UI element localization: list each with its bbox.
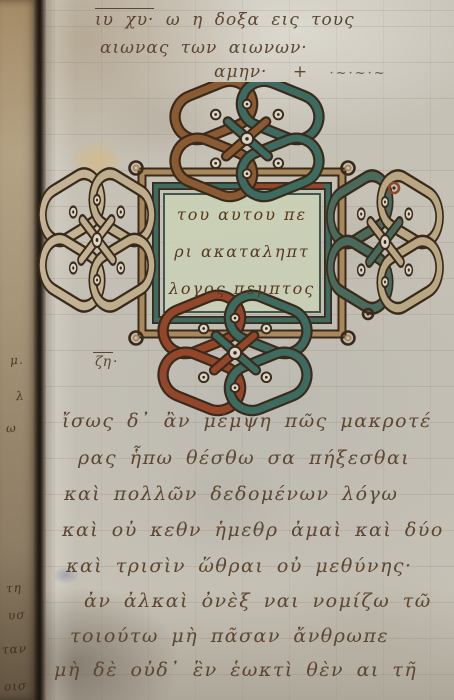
body-line-4: καὶ οὐ κεθν ἡμεθρ ἀμαὶ καὶ δύο: [62, 519, 444, 541]
amen-text: αμην·: [214, 62, 267, 82]
margin-note: ζη·: [93, 352, 117, 370]
facing-page-text-fragment: υσ: [8, 607, 26, 622]
title-line: λογος πεμπτος: [164, 270, 320, 307]
title-line: του αυτου πε: [164, 196, 320, 233]
facing-page-text-fragment: τη: [6, 580, 23, 595]
doxology-line-3: αμην· + ·~·~·~: [214, 62, 387, 82]
end-flourish: ·~·~·~: [330, 66, 387, 81]
body-line-2: ρας ἧπω θέσθω σα πήξεσθαι: [78, 447, 410, 469]
body-line-7: τοιούτω μὴ πᾶσαν ἄνθρωπε: [70, 625, 389, 647]
headpiece-title: του αυτου πε ρι ακαταληπτ λογος πεμπτος: [164, 196, 320, 307]
knot-top: [168, 82, 326, 203]
doxology-line-1: ιυ χυ· ω η δοξα εις τους: [95, 10, 355, 30]
body-line-8: μὴ δὲ οὐδ᾽ ἓν ἑωκτὶ θὲν αι τῆ: [54, 659, 417, 681]
cross-glyph: +: [293, 62, 308, 82]
body-line-5: καὶ τρισὶν ὥθραι οὐ μεθύνης·: [66, 555, 413, 577]
facing-page-text-fragment: μ.: [10, 353, 25, 368]
facing-page-text-fragment: ω: [6, 421, 18, 436]
facing-page-text-fragment: οισ: [4, 678, 28, 694]
nomina-sacra: ιυ χυ·: [95, 8, 154, 30]
manuscript-photo: μ. λ ω τη υσ ταν οισ ιυ χυ· ω η δοξα εις…: [0, 0, 454, 700]
title-line: ρι ακαταληπτ: [164, 233, 320, 270]
body-line-6: ἀν ἀλκαὶ ὀνὲξ ναι νομίζω τῶ: [84, 590, 432, 612]
doxology-text: ω η δοξα εις τους: [166, 10, 355, 30]
margin-note-dot: ·: [113, 354, 117, 370]
margin-note-text: ζη: [93, 352, 113, 370]
knot-bottom: [156, 288, 314, 417]
body-line-1: ἴσως δ᾽ ἂν μέμψη πῶς μακροτέ: [62, 410, 432, 432]
doxology-line-2: αιωνας των αιωνων·: [100, 38, 308, 58]
body-line-3: καὶ πολλῶν δεδομένων λόγω: [64, 483, 398, 505]
knot-right: [325, 168, 445, 316]
facing-page-text-fragment: λ: [16, 389, 26, 404]
facing-page-text-fragment: ταν: [2, 641, 28, 657]
knot-left: [37, 166, 157, 314]
